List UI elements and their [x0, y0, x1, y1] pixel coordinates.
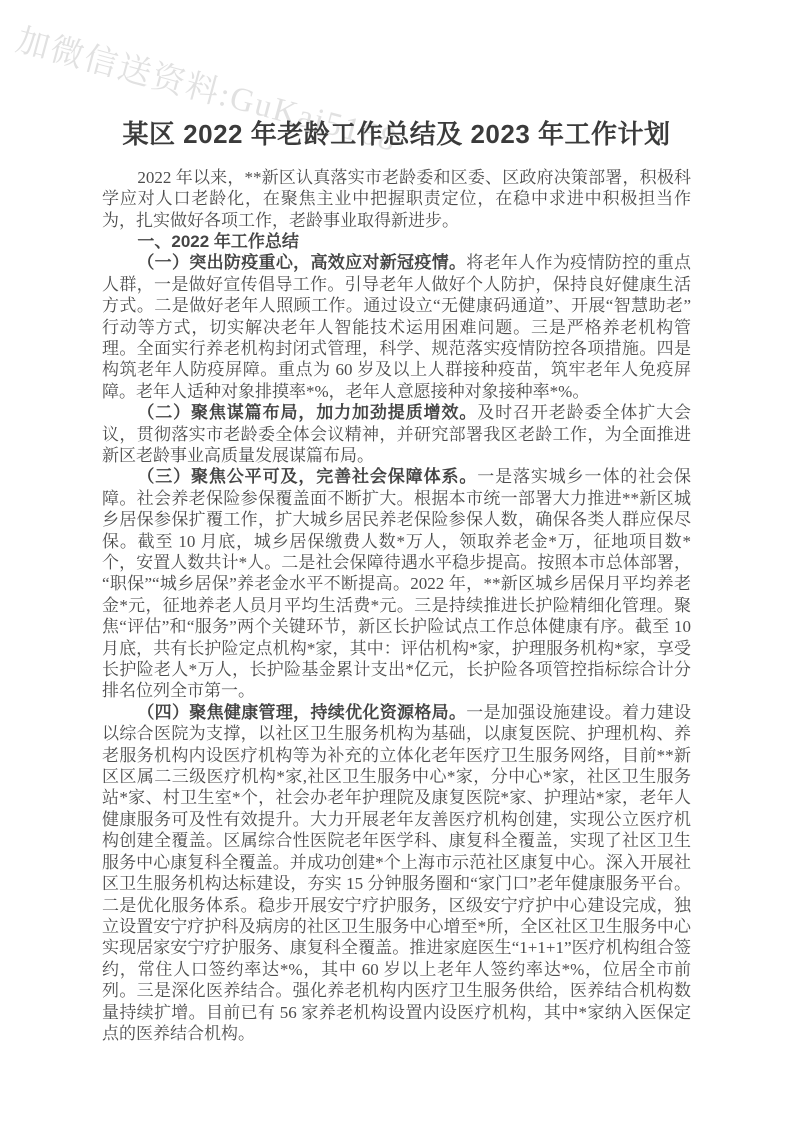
paragraph-section-1-body: 将老年人作为疫情防控的重点人群，一是做好宣传倡导工作。引导老年人做好个人防护，保… — [102, 253, 691, 400]
paragraph-section-4-lead: （四）聚焦健康管理，持续优化资源格局。 — [137, 703, 466, 722]
paragraph-section-4: （四）聚焦健康管理，持续优化资源格局。一是加强设施建设。着力建设以综合医院为支撑… — [102, 702, 691, 1045]
document-title: 某区 2022 年老龄工作总结及 2023 年工作计划 — [102, 116, 691, 154]
paragraph-section-3-lead: （三）聚焦公平可及，完善社会保障体系。 — [137, 467, 477, 486]
paragraph-section-2-lead: （二）聚焦谋篇布局，加力加劲提质增效。 — [137, 403, 477, 422]
paragraph-section-3-body: 一是落实城乡一体的社会保障。社会养老保险参保覆盖面不断扩大。根据本市统一部署大力… — [102, 467, 691, 700]
paragraph-intro: 2022 年以来，**新区认真落实市老龄委和区委、区政府决策部署，积极科学应对人… — [102, 167, 691, 231]
document-page: 加微信送资料:GuKai5168 某区 2022 年老龄工作总结及 2023 年… — [0, 0, 793, 1122]
paragraph-section-1: （一）突出防疫重心，高效应对新冠疫情。将老年人作为疫情防控的重点人群，一是做好宣… — [102, 252, 691, 402]
section-heading-2022-work-summary: 一、2022 年工作总结 — [102, 231, 691, 252]
paragraph-section-3: （三）聚焦公平可及，完善社会保障体系。一是落实城乡一体的社会保障。社会养老保险参… — [102, 466, 691, 701]
paragraph-section-4-body: 一是加强设施建设。着力建设以综合医院为支撑，以社区卫生服务机构为基础，以康复医院… — [102, 703, 691, 1043]
paragraph-section-2: （二）聚焦谋篇布局，加力加劲提质增效。及时召开老龄委全体扩大会议，贯彻落实市老龄… — [102, 402, 691, 466]
paragraph-section-1-lead: （一）突出防疫重心，高效应对新冠疫情。 — [137, 253, 466, 272]
document-content: 某区 2022 年老龄工作总结及 2023 年工作计划 2022 年以来，**新… — [102, 116, 691, 1044]
